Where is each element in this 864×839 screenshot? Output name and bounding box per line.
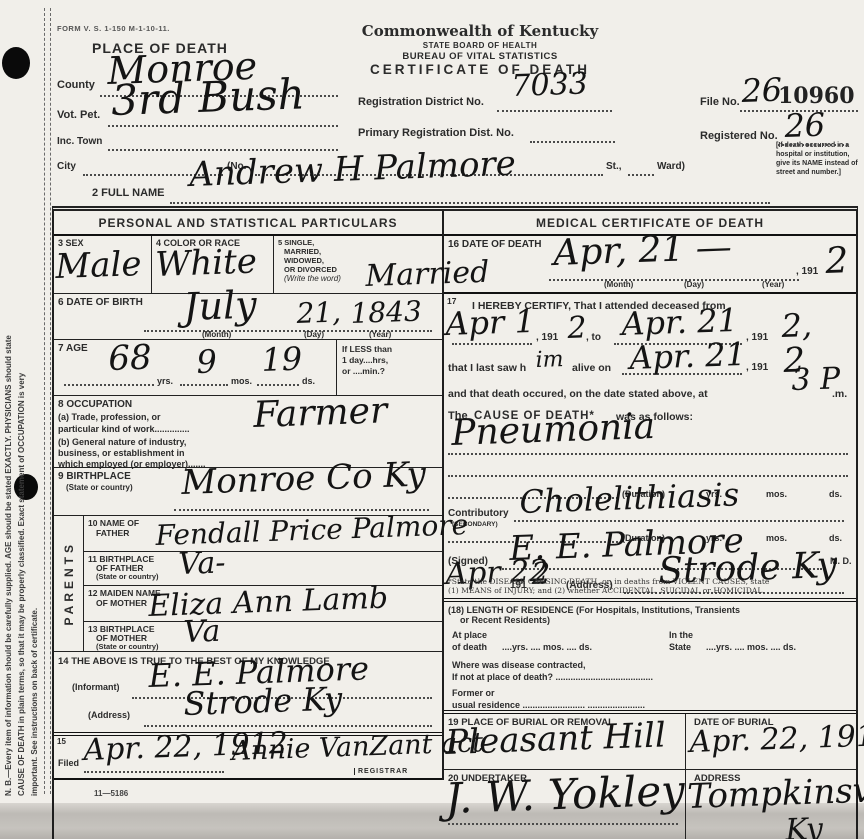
dob-day-sub: (Day) bbox=[304, 330, 324, 339]
in-state-units: ....yrs. .... mos. .... ds. bbox=[706, 642, 796, 652]
less-line3: or ....min.? bbox=[342, 366, 385, 376]
duration2-mos: mos. bbox=[766, 533, 787, 543]
marital-line3: WIDOWED, bbox=[284, 256, 324, 265]
burial-row: 19 PLACE OF BURIAL OR REMOVAL Pleasant H… bbox=[444, 714, 856, 770]
registered-no-label: Registered No. bbox=[700, 130, 778, 142]
last-saw-label: that I last saw h bbox=[448, 362, 526, 374]
father-name-label1: 10 NAME OF bbox=[88, 518, 139, 528]
age-less-than-box: If LESS than 1 day....hrs, or ....min.? bbox=[336, 340, 442, 395]
time-m-label: .m. bbox=[832, 388, 847, 400]
vot-pet-label: Vot. Pet. bbox=[57, 109, 100, 121]
in-state-label2: State bbox=[669, 642, 691, 652]
marital-line4: OR DIVORCED bbox=[284, 265, 337, 274]
age-mos-unit: mos. bbox=[231, 376, 252, 386]
plate-number: 11—5186 bbox=[94, 789, 128, 798]
to-printed-191: , 191 bbox=[746, 332, 768, 343]
vot-pet-value: 3rd Bush bbox=[111, 73, 306, 122]
attended-from-year: 2 bbox=[567, 313, 587, 344]
duration2-ds: ds. bbox=[829, 533, 842, 543]
where-contracted-label2: If not at place of death? ..............… bbox=[452, 672, 653, 682]
binding-perforation-line bbox=[44, 8, 51, 794]
dob-year-sub: (Year) bbox=[369, 330, 391, 339]
filed-num: 15 bbox=[57, 737, 66, 746]
birthplace-value: Monroe Co Ky bbox=[181, 457, 427, 500]
marital-cell: 5 SINGLE, MARRIED, WIDOWED, OR DIVORCED … bbox=[274, 236, 442, 293]
age-label: 7 AGE bbox=[58, 343, 88, 354]
full-name-label: 2 FULL NAME bbox=[92, 187, 165, 199]
burial-date-value: Apr. 22, 1912 bbox=[689, 721, 864, 758]
sex-cell: 3 SEX Male bbox=[54, 236, 152, 293]
occupation-a2: particular kind of work.............. bbox=[58, 424, 190, 434]
state-board-title: STATE BOARD OF HEALTH bbox=[340, 41, 620, 50]
occupation-label: 8 OCCUPATION bbox=[58, 399, 132, 410]
occupation-b2: business, or establishment in bbox=[58, 448, 185, 458]
certify-cause-row: 17 I HEREBY CERTIFY, That I attended dec… bbox=[444, 294, 856, 602]
parents-strip: PARENTS bbox=[54, 516, 84, 651]
father-name-value: Fendall Price Palmore bbox=[155, 511, 469, 550]
undertaker-value: J. W. Yokley bbox=[445, 770, 686, 820]
dob-day-value: 21, bbox=[296, 298, 341, 328]
where-contracted-label1: Where was disease contracted, bbox=[452, 660, 586, 670]
dob-month-value: July bbox=[183, 285, 258, 326]
father-name-label2: FATHER bbox=[96, 528, 129, 538]
undertaker-row: 20 UNDERTAKER J. W. Yokley ADDRESS Tompk… bbox=[444, 770, 856, 839]
burial-place-cell: 19 PLACE OF BURIAL OR REMOVAL Pleasant H… bbox=[444, 714, 686, 769]
marital-line2: MARRIED, bbox=[284, 247, 321, 256]
in-state-label1: In the bbox=[669, 630, 693, 640]
dod-value: Apr, 21 — bbox=[553, 230, 733, 272]
dod-year-hw: 2 bbox=[825, 243, 849, 280]
burial-date-cell: DATE OF BURIAL Apr. 22, 1912 bbox=[686, 714, 856, 769]
undertaker-address-value1: Tompkinsville bbox=[687, 772, 864, 814]
age-row: 7 AGE yrs. mos. ds. 68 9 19 If LESS than… bbox=[54, 340, 442, 396]
marital-hint: (Write the word) bbox=[284, 274, 341, 283]
attended-to-date: Apr. 21 bbox=[621, 304, 738, 340]
burial-place-value: Pleasant Hill bbox=[445, 718, 667, 760]
residence-row: (18) LENGTH OF RESIDENCE (For Hospitals,… bbox=[444, 602, 856, 714]
margin-note-line1: N. B.—Every item of information should b… bbox=[2, 80, 15, 796]
dod-month-sub: (Month) bbox=[604, 280, 633, 289]
parents-block: PARENTS 10 NAME OF FATHER Fendall Price … bbox=[54, 516, 442, 652]
margin-note-line3: important. See instructions on back of c… bbox=[28, 80, 41, 796]
undertaker-address-value2: Ky bbox=[785, 815, 823, 839]
at-place-units: ....yrs. .... mos. .... ds. bbox=[502, 642, 592, 652]
dod-day-sub: (Day) bbox=[684, 280, 704, 289]
primary-registration-label: Primary Registration Dist. No. bbox=[358, 127, 514, 139]
residence-label1: (18) LENGTH OF RESIDENCE (For Hospitals,… bbox=[448, 605, 740, 615]
city-ward-label: Ward) bbox=[657, 161, 685, 172]
age-ds-value: 19 bbox=[261, 343, 303, 376]
filed-row: 15 Filed Apr. 22, 1912 Annie VanZant act… bbox=[54, 736, 442, 780]
dod-label: 16 DATE OF DEATH bbox=[448, 239, 542, 250]
age-ds-unit: ds. bbox=[302, 376, 315, 386]
registration-district-value: 7033 bbox=[511, 69, 588, 102]
bureau-title: BUREAU OF VITAL STATISTICS bbox=[340, 51, 620, 62]
medical-column: MEDICAL CERTIFICATE OF DEATH 16 DATE OF … bbox=[444, 211, 856, 839]
inc-town-label: Inc. Town bbox=[57, 136, 102, 147]
parents-label: PARENTS bbox=[62, 541, 76, 625]
father-bp-sub: (State or country) bbox=[96, 572, 159, 581]
residence-label2: or Recent Residents) bbox=[460, 615, 550, 625]
informant-address-label: (Address) bbox=[88, 710, 130, 720]
attended-to-year: 2, bbox=[781, 309, 813, 342]
marital-line1: 5 SINGLE, bbox=[278, 238, 314, 247]
certificate-body: PERSONAL AND STATISTICAL PARTICULARS 3 S… bbox=[52, 206, 858, 839]
father-birthplace-row: 11 BIRTHPLACE OF FATHER (State or countr… bbox=[84, 552, 442, 586]
mother-birthplace-row: 13 BIRTHPLACE OF MOTHER (State or countr… bbox=[84, 622, 442, 652]
last-saw-date: Apr. 21 bbox=[629, 338, 746, 374]
birthplace-row: 9 BIRTHPLACE (State or country) Monroe C… bbox=[54, 468, 442, 516]
personal-title: PERSONAL AND STATISTICAL PARTICULARS bbox=[54, 211, 442, 236]
marital-value: Married bbox=[365, 258, 490, 292]
dob-year-value: 1843 bbox=[350, 298, 422, 328]
county-label: County bbox=[57, 79, 95, 91]
at-place-label1: At place bbox=[452, 630, 487, 640]
mother-name-value: Eliza Ann Lamb bbox=[148, 584, 389, 622]
mother-bp-sub: (State or country) bbox=[96, 642, 159, 651]
personal-column: PERSONAL AND STATISTICAL PARTICULARS 3 S… bbox=[54, 211, 444, 780]
color-value: White bbox=[155, 244, 258, 282]
informant-label: (Informant) bbox=[72, 682, 120, 692]
hole-punch-top bbox=[2, 47, 30, 79]
at-place-label2: of death bbox=[452, 642, 487, 652]
file-no-label: File No. bbox=[700, 96, 740, 108]
registered-no-value: 26 bbox=[784, 109, 826, 142]
city-label: City bbox=[57, 161, 76, 172]
attended-from-date: Apr 1 bbox=[445, 305, 535, 340]
age-mos-value: 9 bbox=[196, 345, 217, 378]
saw-printed-191: , 191 bbox=[746, 362, 768, 373]
cause-footnote-1: *State the DISEASE CAUSING DEATH, or, in… bbox=[448, 577, 769, 586]
dob-month-sub: (Month) bbox=[202, 330, 231, 339]
filed-label: Filed bbox=[58, 758, 79, 768]
informant-row: 14 THE ABOVE IS TRUE TO THE BEST OF MY K… bbox=[54, 652, 442, 736]
informant-address-value: Strode Ky bbox=[183, 682, 343, 720]
registrar-label: Registrar bbox=[354, 768, 408, 775]
age-main-cell: 7 AGE yrs. mos. ds. 68 9 19 bbox=[54, 340, 336, 395]
city-st-label: St., bbox=[606, 161, 622, 172]
former-residence-label1: Former or bbox=[452, 688, 495, 698]
undertaker-address-cell: ADDRESS Tompkinsville Ky bbox=[686, 770, 856, 839]
mother-name-label2: OF MOTHER bbox=[96, 598, 147, 608]
age-yrs-value: 68 bbox=[108, 341, 152, 376]
birthplace-label: 9 BIRTHPLACE bbox=[58, 471, 131, 482]
hospital-note: [If death occurred in a hospital or inst… bbox=[776, 141, 862, 177]
father-bp-value: Va- bbox=[178, 548, 226, 580]
him-handwritten: im bbox=[535, 349, 564, 372]
age-yrs-unit: yrs. bbox=[157, 376, 173, 386]
cause-footnote-2: (1) MEANS of INJURY; and (2) whether ACC… bbox=[448, 586, 765, 595]
form-number: FORM V. S. 1-150 M-1-10-11. bbox=[57, 24, 170, 33]
date-of-death-row: 16 DATE OF DEATH (Month) (Day) (Year) Ap… bbox=[444, 236, 856, 294]
mother-name-row: 12 MAIDEN NAME OF MOTHER Eliza Ann Lamb bbox=[84, 586, 442, 622]
contributory-value: Cholelithiasis bbox=[519, 478, 740, 518]
dod-year-sub: (Year) bbox=[762, 280, 784, 289]
dod-printed-191: , 191 bbox=[796, 266, 818, 277]
father-name-row: 10 NAME OF FATHER Fendall Price Palmore bbox=[84, 516, 442, 552]
sex-value: Male bbox=[55, 247, 142, 284]
alive-on-label: alive on bbox=[572, 362, 611, 374]
from-printed-191: , 191 bbox=[536, 332, 558, 343]
certify-to-label: , to bbox=[586, 332, 601, 343]
duration1-mos: mos. bbox=[766, 489, 787, 499]
death-occurred-label: and that death occured, on the date stat… bbox=[448, 388, 708, 400]
cause-of-death-value: Pneumonia bbox=[451, 409, 656, 452]
death-certificate-scan: N. B.—Every item of information should b… bbox=[0, 0, 864, 839]
occupation-a1: (a) Trade, profession, or bbox=[58, 412, 161, 422]
undertaker-cell: 20 UNDERTAKER J. W. Yokley bbox=[444, 770, 686, 839]
margin-instructions: N. B.—Every item of information should b… bbox=[2, 80, 41, 796]
file-no-handwritten: 26 bbox=[741, 74, 783, 107]
full-name-value: Andrew H Palmore bbox=[189, 147, 517, 192]
margin-note-line2: CAUSE OF DEATH in plain terms, so that i… bbox=[15, 80, 28, 796]
birthplace-sub: (State or country) bbox=[66, 483, 133, 492]
less-line1: If LESS than bbox=[342, 344, 392, 354]
registration-district-label: Registration District No. bbox=[358, 96, 484, 108]
commonwealth-title: Commonwealth of Kentucky bbox=[340, 22, 620, 40]
dob-label: 6 DATE OF BIRTH bbox=[58, 297, 143, 308]
less-line2: 1 day....hrs, bbox=[342, 355, 388, 365]
date-of-birth-row: 6 DATE OF BIRTH (Month) (Day) (Year) Jul… bbox=[54, 294, 442, 340]
occupation-b1: (b) General nature of industry, bbox=[58, 437, 186, 447]
duration1-ds: ds. bbox=[829, 489, 842, 499]
occupation-value: Farmer bbox=[253, 393, 388, 434]
former-residence-label2: usual residence ........................… bbox=[452, 700, 645, 710]
